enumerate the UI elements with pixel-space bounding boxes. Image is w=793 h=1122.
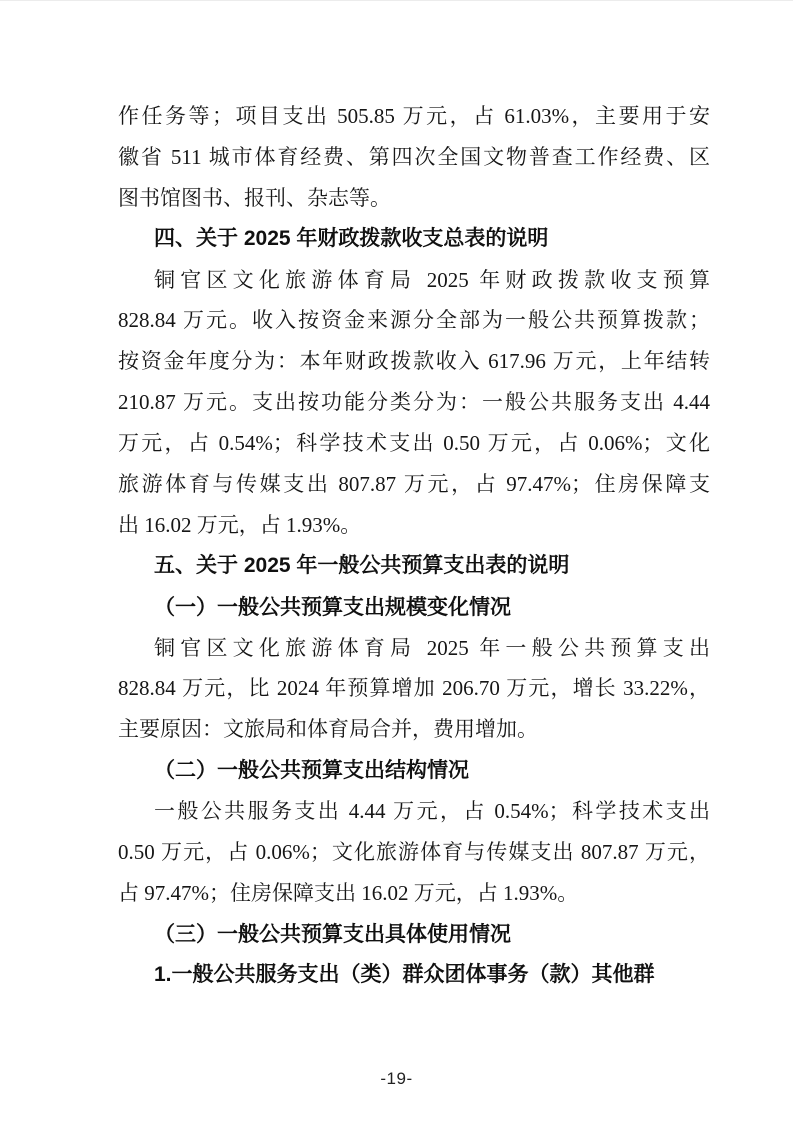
- body-line: 旅游体育与传媒支出 807.87 万元，占 97.47%；住房保障支: [118, 464, 710, 505]
- body-line: 万元，占 0.54%；科学技术支出 0.50 万元，占 0.06%；文化: [118, 423, 710, 464]
- body-line: 按资金年度分为：本年财政拨款收入 617.96 万元，上年结转: [118, 341, 710, 382]
- subsection-heading-1: （一）一般公共预算支出规模变化情况: [118, 587, 710, 628]
- document-page: 作任务等；项目支出 505.85 万元，占 61.03%，主要用于安 徽省 51…: [0, 0, 793, 1122]
- numbered-item-heading: 1.一般公共服务支出（类）群众团体事务（款）其他群: [118, 955, 710, 996]
- body-line: 一般公共服务支出 4.44 万元，占 0.54%；科学技术支出: [118, 791, 710, 832]
- body-line: 图书馆图书、报刊、杂志等。: [118, 178, 710, 219]
- body-line: 徽省 511 城市体育经费、第四次全国文物普查工作经费、区: [118, 137, 710, 178]
- subsection-heading-2: （二）一般公共预算支出结构情况: [118, 750, 710, 791]
- section-heading-5: 五、关于 2025 年一般公共预算支出表的说明: [118, 546, 710, 587]
- section-heading-4: 四、关于 2025 年财政拨款收支总表的说明: [118, 219, 710, 260]
- document-body: 作任务等；项目支出 505.85 万元，占 61.03%，主要用于安 徽省 51…: [118, 96, 710, 996]
- subsection-heading-3: （三）一般公共预算支出具体使用情况: [118, 914, 710, 955]
- page-number: -19-: [0, 1069, 793, 1089]
- body-line: 占 97.47%；住房保障支出 16.02 万元，占 1.93%。: [118, 873, 710, 914]
- body-line: 828.84 万元，比 2024 年预算增加 206.70 万元，增长 33.2…: [118, 668, 710, 709]
- body-line: 210.87 万元。支出按功能分类分为：一般公共服务支出 4.44: [118, 382, 710, 423]
- body-line: 作任务等；项目支出 505.85 万元，占 61.03%，主要用于安: [118, 96, 710, 137]
- body-line: 828.84 万元。收入按资金来源分全部为一般公共预算拨款；: [118, 300, 710, 341]
- body-line: 出 16.02 万元，占 1.93%。: [118, 505, 710, 546]
- body-line: 铜官区文化旅游体育局 2025 年一般公共预算支出: [118, 628, 710, 669]
- body-line: 铜官区文化旅游体育局 2025 年财政拨款收支预算: [118, 260, 710, 301]
- body-line: 主要原因：文旅局和体育局合并，费用增加。: [118, 709, 710, 750]
- body-line: 0.50 万元，占 0.06%；文化旅游体育与传媒支出 807.87 万元，: [118, 832, 710, 873]
